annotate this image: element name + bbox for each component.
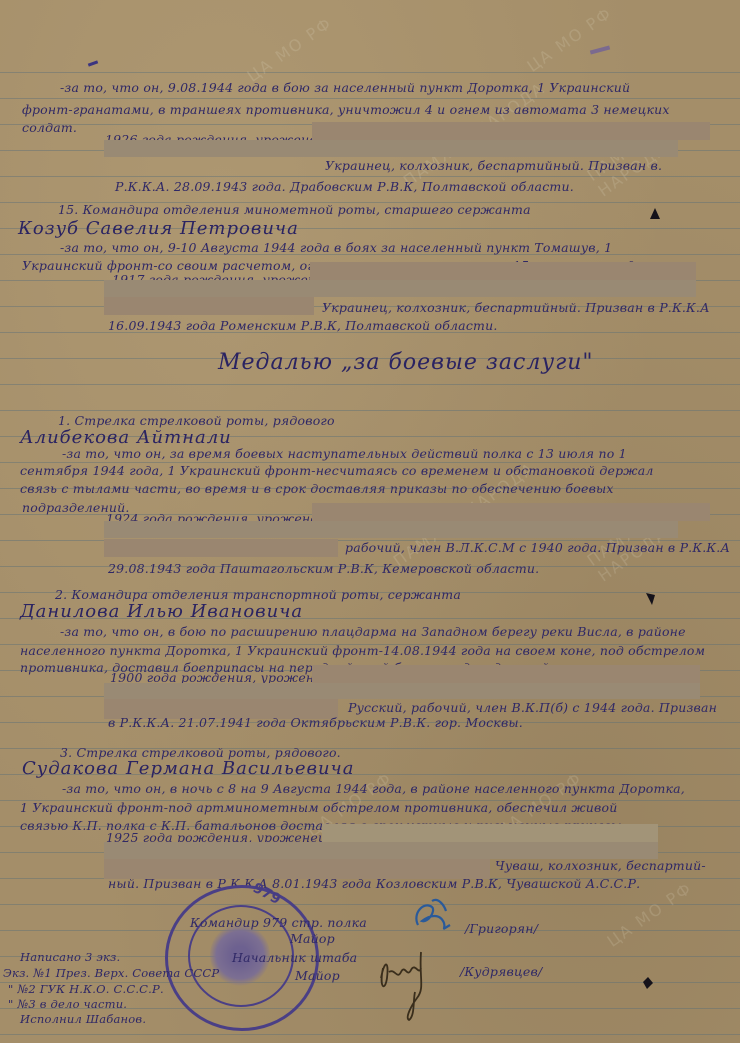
redaction-box xyxy=(104,521,678,538)
award-document-page: ЦА МО РФ ЦА МО РФ ПАМЯТЬ НАРОДА ПАМЯТЬ Н… xyxy=(0,0,740,1043)
ruled-line xyxy=(0,904,740,905)
chief-of-staff-signature xyxy=(375,948,435,1023)
ink-mark xyxy=(88,60,98,66)
paper-hole xyxy=(645,593,655,605)
deed-line: -за то, что он, 9-10 Августа 1944 года в… xyxy=(60,240,612,255)
deed-line: сентября 1944 года, 1 Украинский фронт-н… xyxy=(20,463,654,478)
bio-line: 29.08.1943 года Паштагольским Р.В.К, Кем… xyxy=(108,561,539,576)
bio-line: ный. Призван в Р.К.К.А 8.01.1943 года Ко… xyxy=(108,876,640,891)
bio-line: рабочий, член В.Л.К.С.М с 1940 года. При… xyxy=(345,540,730,555)
deed-line: связь с тылами части, во время и в срок … xyxy=(20,481,614,496)
deed-line: населенного пункта Доротка, 1 Украинский… xyxy=(20,643,705,658)
bio-line: 16.09.1943 года Роменским Р.В.К, Полтавс… xyxy=(108,318,498,333)
commander-rank: Майор xyxy=(290,931,335,946)
bio-line: Украинец, колхозник, беспартийный. Призв… xyxy=(325,158,662,173)
deed-line: -за то, что он, за время боевых наступат… xyxy=(62,446,627,461)
recipient-name: Судакова Германа Васильевича xyxy=(22,758,354,779)
chief-of-staff-name: /Кудрявцев/ xyxy=(460,964,542,979)
commander-title: Командир 979 стр. полка xyxy=(190,915,367,930)
section-title: Медалью „за боевые заслуги" xyxy=(218,350,594,375)
recipient-name: Козуб Савелия Петровича xyxy=(18,218,299,239)
commander-signature xyxy=(410,895,454,935)
footer-note: " №3 в дело части. xyxy=(8,997,127,1011)
redaction-box xyxy=(312,503,710,521)
footer-note: Экз. №1 През. Верх. Совета СССР xyxy=(3,966,219,980)
redaction-box xyxy=(312,122,710,140)
ruled-line xyxy=(0,1034,740,1035)
watermark: ЦА МО РФ xyxy=(524,3,616,76)
paper-hole xyxy=(643,977,653,989)
bio-line: Чуваш, колхозник, беспартий- xyxy=(495,858,706,873)
redaction-box xyxy=(310,262,696,280)
deed-line: фронт-гранатами, в траншеях противника, … xyxy=(22,102,670,117)
ruled-line xyxy=(0,410,740,411)
chief-of-staff-rank: Майор xyxy=(295,968,340,983)
redaction-box xyxy=(104,140,678,157)
recipient-name: Алибекова Айтнали xyxy=(20,427,232,448)
redaction-box xyxy=(322,824,658,842)
redaction-box xyxy=(104,280,696,297)
bio-line: Русский, рабочий, член В.К.П(б) с 1944 г… xyxy=(348,700,717,715)
ruled-line xyxy=(0,72,740,73)
bio-line: Украинец, колхозник, беспартийный. Призв… xyxy=(322,300,710,315)
commander-name: /Григорян/ xyxy=(465,921,538,936)
footer-note: Исполнил Шабанов. xyxy=(20,1012,146,1026)
deed-line: 1 Украинский фронт-под артминометным обс… xyxy=(20,800,617,815)
paper-hole xyxy=(650,208,660,220)
deed-line: -за то, что он, 9.08.1944 года в бою за … xyxy=(60,80,630,95)
redaction-box xyxy=(104,539,338,557)
redaction-box xyxy=(312,665,700,683)
watermark: ЦА МО РФ xyxy=(244,13,336,86)
footer-note: " №2 ГУК Н.К.О. С.С.С.Р. xyxy=(8,982,164,996)
redaction-box xyxy=(104,842,658,859)
redaction-box xyxy=(104,683,700,699)
bio-line: в Р.К.К.А. 21.07.1941 года Октябрьским Р… xyxy=(108,715,523,730)
recipient-name: Данилова Илью Ивановича xyxy=(20,601,303,622)
redaction-box xyxy=(104,297,314,315)
ruled-line xyxy=(0,384,740,385)
footer-note: Написано 3 экз. xyxy=(20,950,120,964)
ink-mark xyxy=(590,45,610,54)
deed-line: солдат. xyxy=(22,120,77,135)
deed-line: -за то, что он, в бою по расширению плац… xyxy=(60,624,686,639)
rank-line: 15. Командира отделения минометной роты,… xyxy=(58,202,531,217)
chief-of-staff-title: Начальник штаба xyxy=(232,950,357,965)
bio-line: Р.К.К.А. 28.09.1943 года. Драбовским Р.В… xyxy=(115,179,574,194)
rank-line: 2. Командира отделения транспортной роты… xyxy=(55,587,461,602)
ruled-line xyxy=(0,98,740,99)
deed-line: -за то, что он, в ночь с 8 на 9 Августа … xyxy=(62,781,685,796)
rank-line: 1. Стрелка стрелковой роты, рядового xyxy=(58,413,335,428)
